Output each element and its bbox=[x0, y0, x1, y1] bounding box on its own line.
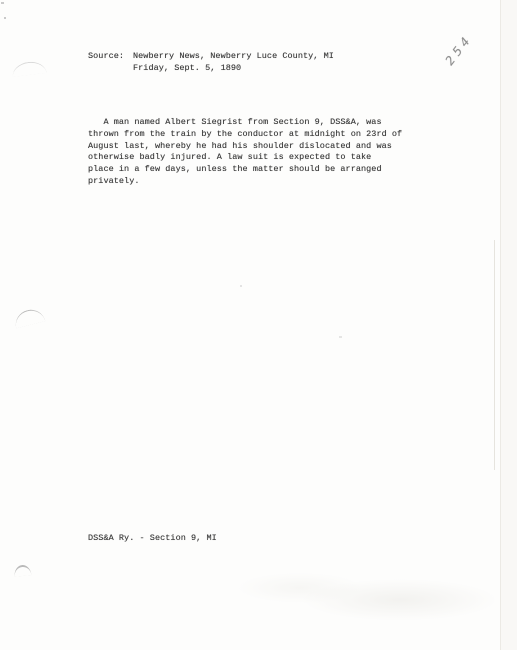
scanned-document-page: Source: Newberry News, Newberry Luce Cou… bbox=[0, 0, 517, 650]
crease-mark-top-left bbox=[11, 60, 46, 77]
crease-mark-mid-left bbox=[13, 307, 46, 329]
paper-speck bbox=[1, 2, 4, 4]
handwritten-pencil-annotation: 254 bbox=[442, 18, 485, 68]
source-label: Source: bbox=[88, 50, 124, 62]
crease-mark-bottom-left bbox=[13, 564, 31, 577]
page-edge-strip bbox=[500, 0, 517, 650]
paper-speck bbox=[240, 285, 242, 287]
paper-speck bbox=[4, 17, 6, 19]
source-date-line: Friday, Sept. 5, 1890 bbox=[133, 62, 241, 74]
article-body-paragraph: A man named Albert Siegrist from Section… bbox=[88, 117, 402, 188]
source-publication: Newberry News, Newberry Luce County, MI bbox=[133, 50, 334, 62]
page-edge-line bbox=[494, 240, 495, 470]
paper-speck bbox=[339, 336, 342, 338]
footer-citation: DSS&A Ry. - Section 9, MI bbox=[88, 532, 217, 544]
